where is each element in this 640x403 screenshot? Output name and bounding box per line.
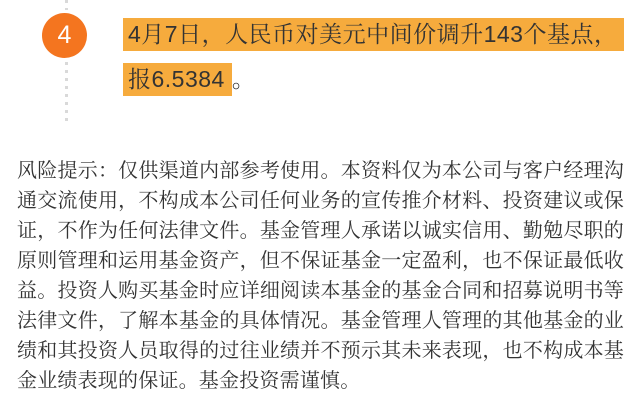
timeline-item-number: 4 — [58, 23, 72, 48]
headline-line2-period: 。 — [232, 63, 256, 96]
timeline-dots-bottom — [65, 62, 68, 122]
timeline-dots-top — [65, 0, 68, 10]
headline: 4月7日，人民币对美元中间价调升143个基点， 报6.5384。 — [123, 18, 623, 108]
headline-line2-highlighted-text: 报6.5384 — [123, 63, 232, 96]
page: 4 4月7日，人民币对美元中间价调升143个基点， 报6.5384。 风险提示：… — [0, 0, 640, 403]
headline-row-1: 4月7日，人民币对美元中间价调升143个基点， — [123, 18, 623, 51]
headline-line1-highlighted-text: 4月7日，人民币对美元中间价调升143个基点， — [123, 18, 624, 51]
headline-row-2: 报6.5384。 — [123, 63, 623, 96]
timeline-number-badge: 4 — [42, 13, 87, 58]
disclaimer-text: 风险提示：仅供渠道内部参考使用。本资料仅为本公司与客户经理沟通交流使用，不构成本… — [17, 156, 624, 396]
